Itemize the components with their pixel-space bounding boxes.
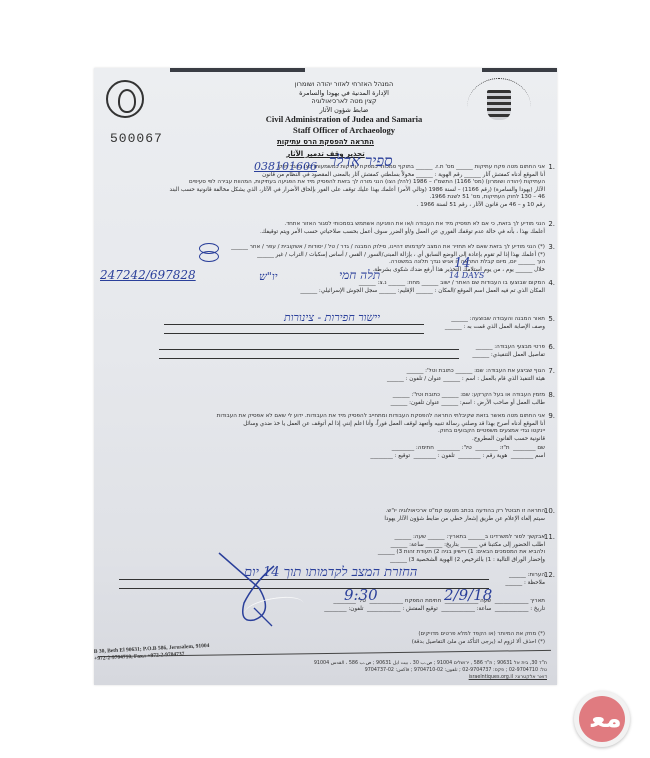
header-hebrew-line: קצין מטה לארכיאולוגיה xyxy=(244,97,444,106)
civil-administration-emblem-icon xyxy=(467,78,531,136)
handwritten-grid-reference: 247242/697828 xyxy=(100,268,196,282)
footer-english-contact: B 30, Beth El 90631; P.O.B 586, Jerusale… xyxy=(94,643,210,663)
handwritten-site-name: תלה חמי xyxy=(339,268,380,283)
section-6: 6. פרטי מבצעי העבודה: ______ تفاصيل العم… xyxy=(395,344,545,359)
handwritten-time: 9:30 xyxy=(344,586,378,604)
handwritten-inspector-name: ספיר אדלר xyxy=(329,152,393,171)
scan-edge-shadow xyxy=(170,68,305,72)
handwritten-inspector-id: 038101606 xyxy=(254,160,317,173)
header-hebrew-line: המנהל האזרחי לאזור יהודה ושומרון xyxy=(244,80,444,89)
news-agency-logo-icon: ﻣﻌ xyxy=(574,691,630,747)
header-arabic-line: الإدارة المدنية في يهودا والسامرة xyxy=(244,89,444,98)
header-english-line: Staff Officer of Archaeology xyxy=(244,125,444,136)
section-2: 2. הנני מודיע לך בזאת, כי אם לא תפסיק מי… xyxy=(115,221,545,236)
section-8: 8. מזמין העבודה או בעל הקרקע: שם: ______… xyxy=(115,392,545,407)
archaeology-seal-icon xyxy=(106,80,144,118)
archaeology-stop-work-order-document: המנהל האזרחי לאזור יהודה ושומרון الإدارة… xyxy=(94,68,557,685)
document-title-arabic: تحذير وقف تدمير الآثار xyxy=(94,150,557,158)
handwritten-days-text: 14 DAYS xyxy=(449,271,484,280)
scan-edge-shadow xyxy=(482,68,557,72)
circled-option-mark xyxy=(199,251,219,262)
header-arabic-line: ضابط شؤون الآثار xyxy=(244,106,444,115)
handwritten-district: יו"ש xyxy=(259,270,278,283)
header-english-line: Civil Administration of Judea and Samari… xyxy=(244,114,444,125)
section-4: 4. המקום שבוצעו בו העבודות שם האתר / ישו… xyxy=(115,280,545,295)
section-11: 11. אבקשך לסור למשרדינו ב______ בתאריך: … xyxy=(115,534,545,564)
footnotes: (*) מחק את המיותר (או הקפד למלא פרטים מד… xyxy=(412,630,545,646)
section-7: 7. הגוף שביצע את העבודה: שם: ______ כתוב… xyxy=(115,368,545,383)
section-10: 10. התראה זו תבוטל רק בהודעה בכתב מטעם ק… xyxy=(115,508,545,523)
footer-hebrew-contact: ת"ד 30, בית אל 90631 ; ת"ד 586 , ירושלים… xyxy=(297,660,547,681)
handwritten-work-description: יישור חפירות - צינורות xyxy=(284,311,380,324)
handwritten-days-digits: 14 xyxy=(454,256,471,271)
document-header: המנהל האזרחי לאזור יהודה ושומרון الإدارة… xyxy=(244,80,444,135)
handwritten-date: 2/9/18 xyxy=(444,586,492,604)
section-9: 9. אני החתום מטה מאשר בזאת שקיבלתי התראה… xyxy=(105,413,545,460)
document-title-hebrew: התראה להפסקת הרס עתיקות xyxy=(94,138,557,146)
section-12: 12. הערות: ______ ملاحظة : ______ xyxy=(485,572,545,587)
